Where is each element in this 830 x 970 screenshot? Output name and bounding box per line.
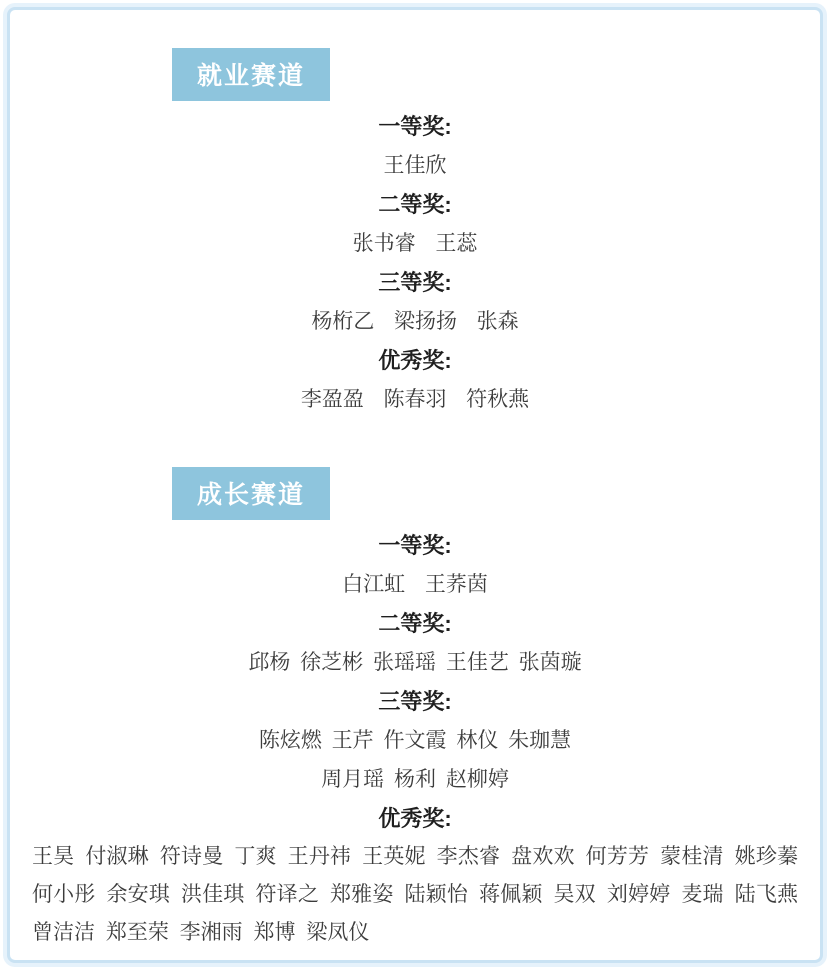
award-title-excellence: 优秀奖: — [10, 799, 820, 838]
section-employment-track: 就业赛道 一等奖: 王佳欣 二等奖: 张书睿 王蕊 三等奖: 杨桁乙 梁扬扬 张… — [10, 48, 820, 419]
award-names-second-prize: 邱杨 徐芝彬 张瑶瑶 王佳艺 张茵璇 — [10, 643, 820, 682]
award-names-third-prize-line1: 陈炫燃 王芹 仵文霞 林仪 朱珈慧 — [10, 721, 820, 760]
award-title-first-prize: 一等奖: — [10, 526, 820, 565]
track-badge-growth: 成长赛道 — [172, 467, 330, 520]
award-names-excellence-paragraph: 王昊 付淑琳 符诗曼 丁爽 王丹祎 王英妮 李杰睿 盘欢欢 何芳芳 蒙桂清 姚珍… — [10, 838, 820, 952]
award-names-excellence: 李盈盈 陈春羽 符秋燕 — [10, 380, 820, 419]
award-document-page: 就业赛道 一等奖: 王佳欣 二等奖: 张书睿 王蕊 三等奖: 杨桁乙 梁扬扬 张… — [7, 7, 823, 963]
award-title-first-prize: 一等奖: — [10, 107, 820, 146]
award-title-second-prize: 二等奖: — [10, 604, 820, 643]
award-names-third-prize: 杨桁乙 梁扬扬 张森 — [10, 302, 820, 341]
award-names-first-prize: 白江虹 王荞茵 — [10, 565, 820, 604]
award-title-excellence: 优秀奖: — [10, 341, 820, 380]
section-growth-track: 成长赛道 一等奖: 白江虹 王荞茵 二等奖: 邱杨 徐芝彬 张瑶瑶 王佳艺 张茵… — [10, 467, 820, 952]
award-title-third-prize: 三等奖: — [10, 263, 820, 302]
award-title-second-prize: 二等奖: — [10, 185, 820, 224]
track-badge-employment: 就业赛道 — [172, 48, 330, 101]
award-names-third-prize-line2: 周月瑶 杨利 赵柳婷 — [10, 760, 820, 799]
award-names-first-prize: 王佳欣 — [10, 146, 820, 185]
award-names-second-prize: 张书睿 王蕊 — [10, 224, 820, 263]
award-title-third-prize: 三等奖: — [10, 682, 820, 721]
